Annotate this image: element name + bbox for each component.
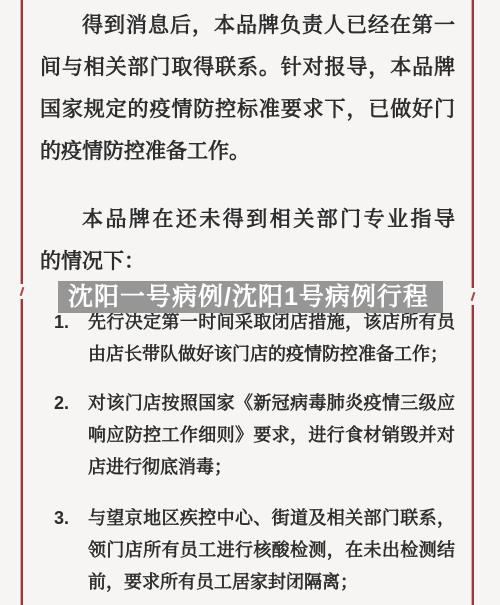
right-border-seam (471, 292, 476, 301)
text-line: 的情况下： (40, 241, 455, 283)
text-line: 店进行彻底消毒； (88, 451, 455, 483)
list-item-text: 对该门店按照国家《新冠病毒肺炎疫情三级应急响应防控工作细则》要求，进行食材销毁并… (88, 387, 455, 483)
right-border-bottom-segment (472, 305, 474, 605)
list-item-1: 1.先行决定第一时间采取闭店措施，该店所有员工由店长带队做好该门店的疫情防控准备… (40, 306, 455, 370)
list-item-text: 先行决定第一时间采取闭店措施，该店所有员工由店长带队做好该门店的疫情防控准备工作… (88, 306, 455, 370)
text-line: 领门店所有员工进行核酸检测，在未出检测结果 (88, 534, 455, 566)
text-line: 与望京地区疾控中心、街道及相关部门联系，带 (88, 502, 455, 534)
overlay-title-banner: 沈阳一号病例/沈阳1号病例行程 (58, 281, 443, 313)
list-item-number: 2. (54, 387, 69, 419)
article-page: 得到消息后，本品牌负责人已经在第一时间与相关部门取得联系。针对报导，本品牌在国家… (0, 0, 500, 605)
list-item-number: 3. (54, 502, 69, 534)
text-line: 的疫情防控准备工作。 (40, 131, 455, 173)
text-line: 前，要求所有员工居家封闭隔离； (88, 566, 455, 598)
list-item-3: 3.与望京地区疾控中心、街道及相关部门联系，带领门店所有员工进行核酸检测，在未出… (40, 502, 455, 598)
text-line: 本品牌在还未得到相关部门专业指导 (40, 199, 455, 241)
list-item-2: 2.对该门店按照国家《新冠病毒肺炎疫情三级应急响应防控工作细则》要求，进行食材销… (40, 387, 455, 483)
left-border-top-segment (21, 0, 23, 284)
text-line: 间与相关部门取得联系。针对报导，本品牌在 (40, 47, 455, 89)
left-border-seam (20, 287, 25, 296)
text-line: 得到消息后，本品牌负责人已经在第一时 (40, 5, 455, 47)
text-line: 由店长带队做好该门店的疫情防控准备工作； (88, 338, 455, 370)
paragraph-2: 本品牌在还未得到相关部门专业指导的情况下： (40, 199, 455, 283)
text-line: 国家规定的疫情防控标准要求下，已做好门店 (40, 89, 455, 131)
paragraph-1: 得到消息后，本品牌负责人已经在第一时间与相关部门取得联系。针对报导，本品牌在国家… (40, 5, 455, 173)
right-border-top-segment (472, 0, 474, 288)
overlay-title-text: 沈阳一号病例/沈阳1号病例行程 (58, 281, 443, 313)
left-border-bottom-segment (21, 299, 23, 605)
text-line: 对该门店按照国家《新冠病毒肺炎疫情三级应急 (88, 387, 455, 419)
list-item-text: 与望京地区疾控中心、街道及相关部门联系，带领门店所有员工进行核酸检测，在未出检测… (88, 502, 455, 598)
text-line: 响应防控工作细则》要求，进行食材销毁并对全 (88, 419, 455, 451)
